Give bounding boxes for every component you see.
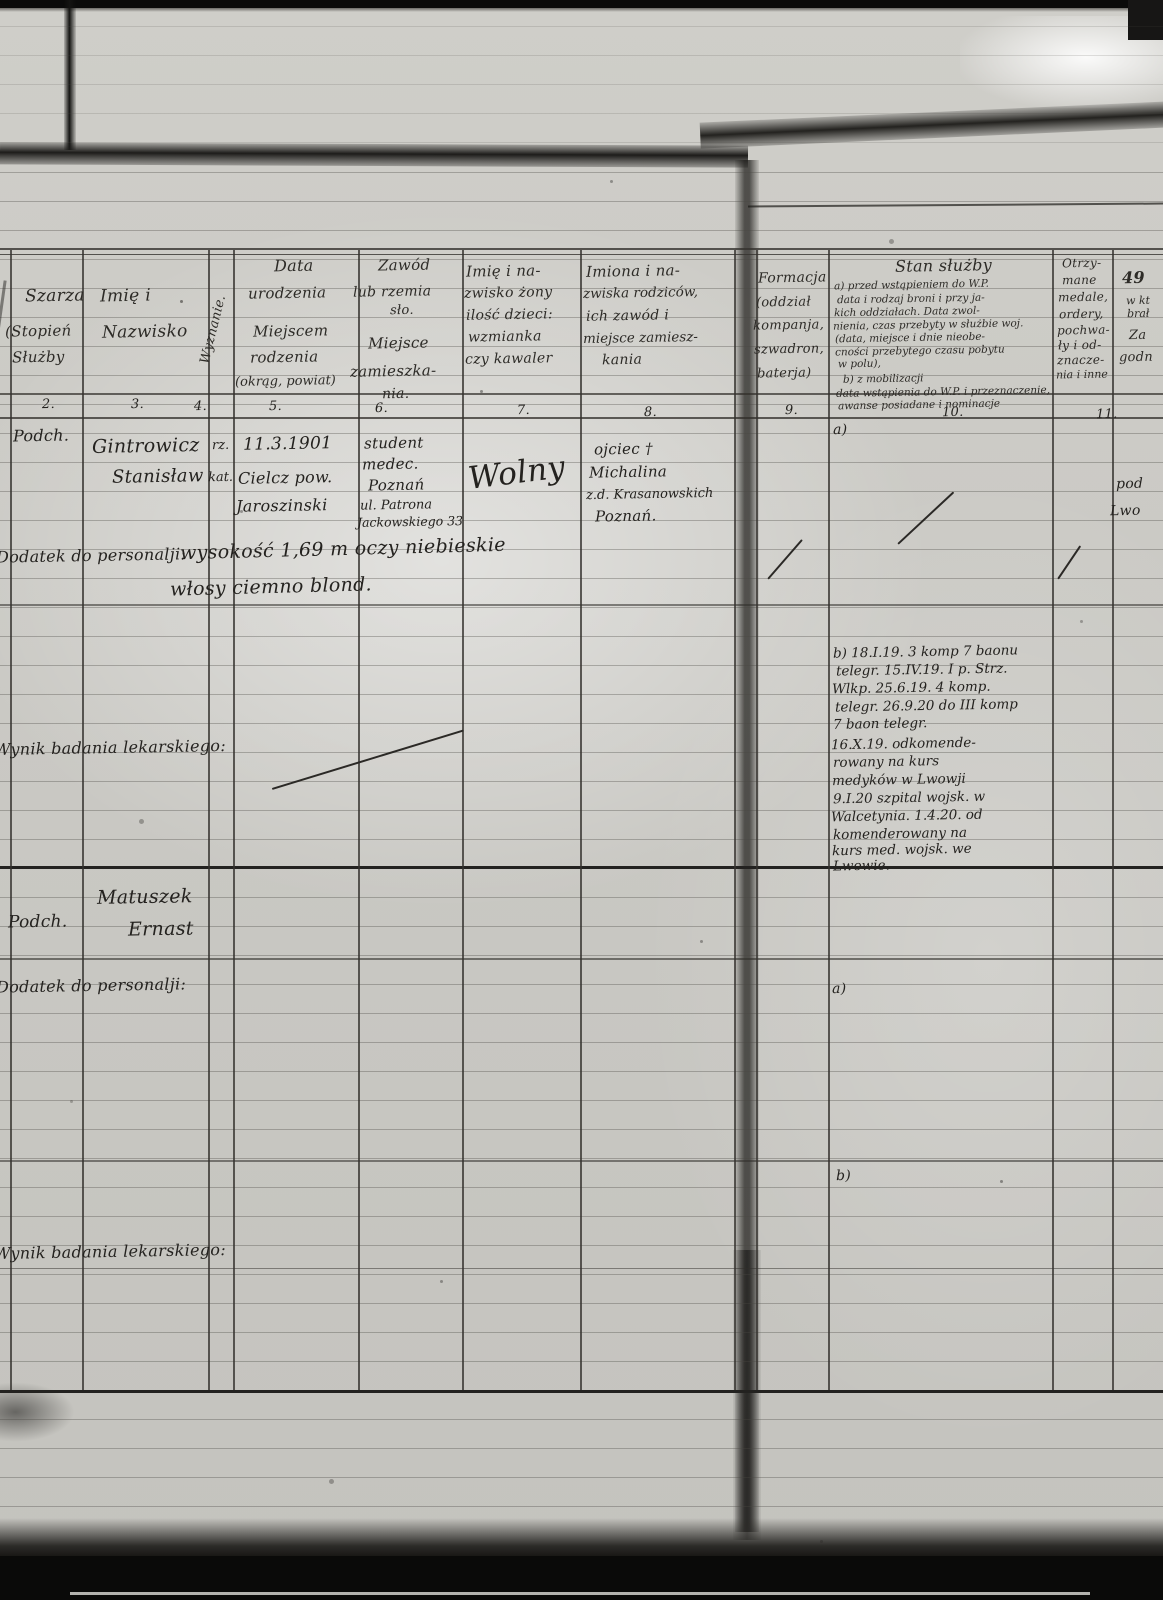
record-1-parents: z.d. Krasanowskich bbox=[586, 486, 714, 503]
record-1-service-record-line: medyków w Lwowji bbox=[832, 771, 966, 789]
record-1-occupation: medec. bbox=[362, 455, 419, 474]
colline-7-8 bbox=[580, 250, 582, 1390]
header-col6-line: sło. bbox=[390, 303, 414, 318]
header-col6-line: Zawód bbox=[378, 256, 431, 275]
record-1-personal-note: włosy ciemno blond. bbox=[170, 573, 372, 600]
header-col4-rotated: Wyznanie. bbox=[197, 294, 229, 366]
header-col10-detail: awanse posiadane i nominacje bbox=[838, 398, 1000, 413]
header-col9-line: kompanja, bbox=[753, 317, 824, 333]
header-col11-line: mane bbox=[1062, 273, 1097, 288]
record-1-service-record-line: telegr. 15.IV.19. I p. Strz. bbox=[836, 661, 1008, 680]
header-col9-line: baterja) bbox=[757, 366, 812, 382]
header-col10-detail: data wstąpienia do W.P. i przeznaczenie, bbox=[836, 384, 1050, 400]
scan-bottom-shade bbox=[0, 1518, 1163, 1558]
paper-specks bbox=[180, 300, 183, 303]
record-1-parents: Michalina bbox=[589, 462, 667, 481]
record-1-campaign: pod bbox=[1116, 476, 1144, 492]
header-col5-line: Data bbox=[274, 256, 314, 276]
record-1-birth-place: Jaroszinski bbox=[236, 495, 328, 516]
record-1-service-record-line: telegr. 26.9.20 do III komp bbox=[835, 696, 1018, 715]
colline-4-5 bbox=[233, 250, 235, 1390]
page-number: 49 bbox=[1122, 268, 1145, 287]
header-col6-line: nia. bbox=[382, 386, 410, 402]
record-1-parents: ojciec † bbox=[594, 439, 653, 458]
record-1-col11-check-mark bbox=[1057, 545, 1081, 579]
record-1-service-mark-a: a) bbox=[833, 422, 848, 438]
record-1-service-record-line: Lwowie. bbox=[833, 858, 890, 875]
record-1-service-record-line: kurs med. wojsk. we bbox=[832, 841, 972, 859]
header-col10-detail: a) przed wstąpieniem do W.P. bbox=[834, 278, 989, 293]
record-1-service-record-line: 16.X.19. odkomende- bbox=[831, 735, 976, 754]
column-number: 11. bbox=[1096, 407, 1118, 422]
header-col11-line: ły i od- bbox=[1058, 338, 1102, 353]
scan-mid-dark-band-left bbox=[0, 142, 748, 167]
header-col10-detail: cności przebytego czasu pobytu bbox=[835, 344, 1005, 359]
header-col11-line: znacze- bbox=[1057, 353, 1105, 368]
record-1-campaign: Lwo bbox=[1110, 503, 1141, 520]
header-col5-line: Miejscem bbox=[253, 321, 329, 340]
scan-top-right-dark-corner bbox=[1128, 0, 1163, 40]
header-col7-line: wzmianka bbox=[468, 328, 542, 345]
header-col6-line: lub rzemia bbox=[353, 283, 432, 300]
column-number: 10. bbox=[942, 405, 964, 420]
colline-6-7 bbox=[462, 250, 464, 1390]
record-1-service-record-line: 9.I.20 szpital wojsk. w bbox=[833, 789, 985, 808]
header-col6-line: Miejsce bbox=[368, 333, 429, 352]
record-1-occupation: Poznań bbox=[368, 476, 425, 495]
colline-8-gutter bbox=[734, 250, 736, 1390]
record-1-col9-check-mark bbox=[767, 539, 803, 580]
right-page-top-edge-line bbox=[748, 203, 1163, 208]
header-col8-line: kania bbox=[602, 352, 642, 369]
record-1-service-record-line: rowany na kurs bbox=[833, 753, 939, 771]
header-col5-line: (okrąg, powiat) bbox=[235, 373, 336, 390]
record-1-service-record-line: 7 baon telegr. bbox=[833, 715, 928, 733]
colline-5-6 bbox=[358, 250, 360, 1390]
record-1-surname: Gintrowicz bbox=[92, 434, 200, 458]
header-col5-line: urodzenia bbox=[248, 283, 327, 302]
record-1-birth-date: 11.3.1901 bbox=[243, 433, 333, 455]
header-col8-line: ich zawód i bbox=[586, 307, 669, 324]
record-1-service-record-line: Wlkp. 25.6.19. 4 komp. bbox=[832, 679, 991, 698]
column-number: 9. bbox=[785, 403, 798, 418]
scan-top-edge bbox=[0, 0, 1163, 8]
table-bottom-rule bbox=[0, 1390, 1163, 1393]
header-col10-detail: w polu), bbox=[838, 358, 881, 371]
header-col11-line: nia i inne bbox=[1056, 368, 1108, 382]
column-number: 7. bbox=[517, 403, 530, 418]
record-1-col10-check-mark bbox=[897, 491, 954, 544]
record-1-personal-note: wysokość 1,69 m oczy niebieskie bbox=[180, 534, 506, 565]
scanned-register-page: Szarza (Stopień Służby Imię i Nazwisko W… bbox=[0, 0, 1163, 1600]
header-col8-line: Imiona i na- bbox=[586, 261, 680, 281]
header-col5-line: rodzenia bbox=[250, 347, 319, 366]
header-col7-line: ilość dzieci: bbox=[466, 306, 553, 324]
column-number: 3. bbox=[131, 397, 144, 412]
header-col10-title: Stan służby bbox=[895, 255, 992, 276]
header-col7-line: Imię i na- bbox=[466, 261, 541, 280]
header-col10-detail: nienia, czas przebyty w służbie woj. bbox=[833, 317, 1024, 332]
column-number: 2. bbox=[42, 397, 55, 412]
colline-2-3 bbox=[82, 250, 84, 1390]
record-1-religion: kat. bbox=[208, 470, 233, 485]
colline-3-4 bbox=[208, 250, 210, 1390]
header-col9-line: (oddział bbox=[756, 295, 811, 311]
scan-bottom-white-strip bbox=[70, 1592, 1090, 1595]
record-2-service-mark-a: a) bbox=[832, 981, 847, 997]
header-col2-line: Szarza bbox=[25, 285, 85, 306]
scan-mid-dark-band-right bbox=[700, 101, 1163, 148]
header-col11-line: pochwa- bbox=[1057, 323, 1110, 338]
record-1-occupation: ul. Patrona bbox=[360, 497, 432, 513]
record-1-parents: Poznań. bbox=[595, 506, 657, 525]
header-col11-line: medale, bbox=[1058, 290, 1108, 305]
record-1-given-name: Stanisław bbox=[112, 465, 204, 488]
record-1-marital-status: Wolny bbox=[466, 449, 567, 497]
record-1-personal-note-label: Dodatek do personalji: bbox=[0, 544, 186, 566]
record-2-service-mark-b: b) bbox=[836, 1168, 851, 1184]
colline-left-edge bbox=[10, 250, 12, 1390]
record-1-service-record-line: Walcetynia. 1.4.20. od bbox=[831, 807, 983, 826]
header-col2-line: Służby bbox=[12, 348, 65, 367]
column-number: 6. bbox=[375, 401, 388, 416]
record-1-medical-label: Wynik badania lekarskiego: bbox=[0, 736, 226, 759]
header-col9-line: Formacja bbox=[758, 269, 827, 286]
record-1-occupation: Jackowskiego 33 bbox=[357, 513, 463, 530]
header-col7-line: czy kawaler bbox=[465, 350, 553, 368]
colline-10-11 bbox=[1052, 250, 1054, 1390]
header-col2-line: (Stopień bbox=[5, 321, 72, 340]
header-col12-line: w kt bbox=[1126, 294, 1150, 307]
header-col10-detail: kich oddziałach. Data zwol- bbox=[834, 305, 980, 320]
record-2-rank: Podch. bbox=[8, 911, 68, 932]
record-1-service-record-line: b) 18.I.19. 3 komp 7 baonu bbox=[833, 642, 1018, 661]
header-col11-line: ordery, bbox=[1059, 307, 1104, 322]
header-col11-line: Otrzy- bbox=[1062, 256, 1102, 271]
header-col10-detail: (data, miejsce i dnie nieobe- bbox=[835, 331, 985, 346]
scan-left-vertical-streak bbox=[64, 0, 76, 150]
colline-9-10 bbox=[828, 250, 830, 1390]
record-1-religion: rz. bbox=[212, 438, 229, 453]
column-number: 5. bbox=[269, 399, 282, 414]
column-number: 4. bbox=[194, 399, 207, 414]
column-number: 8. bbox=[644, 405, 657, 420]
header-col8-line: miejsce zamiesz- bbox=[583, 329, 698, 347]
record-2-given-name: Ernast bbox=[128, 917, 194, 940]
record-2-personal-note-label: Dodatek do personalji: bbox=[0, 974, 186, 996]
record-2-medical-label: Wynik badania lekarskiego: bbox=[0, 1240, 226, 1263]
header-col12-line: brał bbox=[1127, 307, 1150, 320]
record-1-birth-place: Cielcz pow. bbox=[238, 467, 333, 488]
header-col12-line: Za bbox=[1129, 328, 1147, 343]
header-col6-line: zamieszka- bbox=[350, 361, 437, 381]
scan-top-edge-shadow bbox=[0, 8, 1163, 12]
record-1-medical-check-mark bbox=[272, 730, 464, 790]
header-col8-line: zwiska rodziców, bbox=[583, 284, 698, 302]
record-1-rank: Podch. bbox=[13, 426, 69, 446]
header-col3-line: Imię i bbox=[100, 286, 151, 307]
record-2-surname: Matuszek bbox=[97, 885, 193, 909]
header-col10-detail: b) z mobilizacji bbox=[843, 372, 924, 385]
header-col3-line: Nazwisko bbox=[102, 321, 188, 342]
header-col7-line: zwisko żony bbox=[464, 284, 553, 302]
colline-right-edge bbox=[756, 250, 758, 1390]
header-col12-line: godn bbox=[1119, 350, 1153, 366]
record-1-occupation: student bbox=[364, 433, 424, 452]
header-col9-line: szwadron, bbox=[754, 341, 824, 357]
